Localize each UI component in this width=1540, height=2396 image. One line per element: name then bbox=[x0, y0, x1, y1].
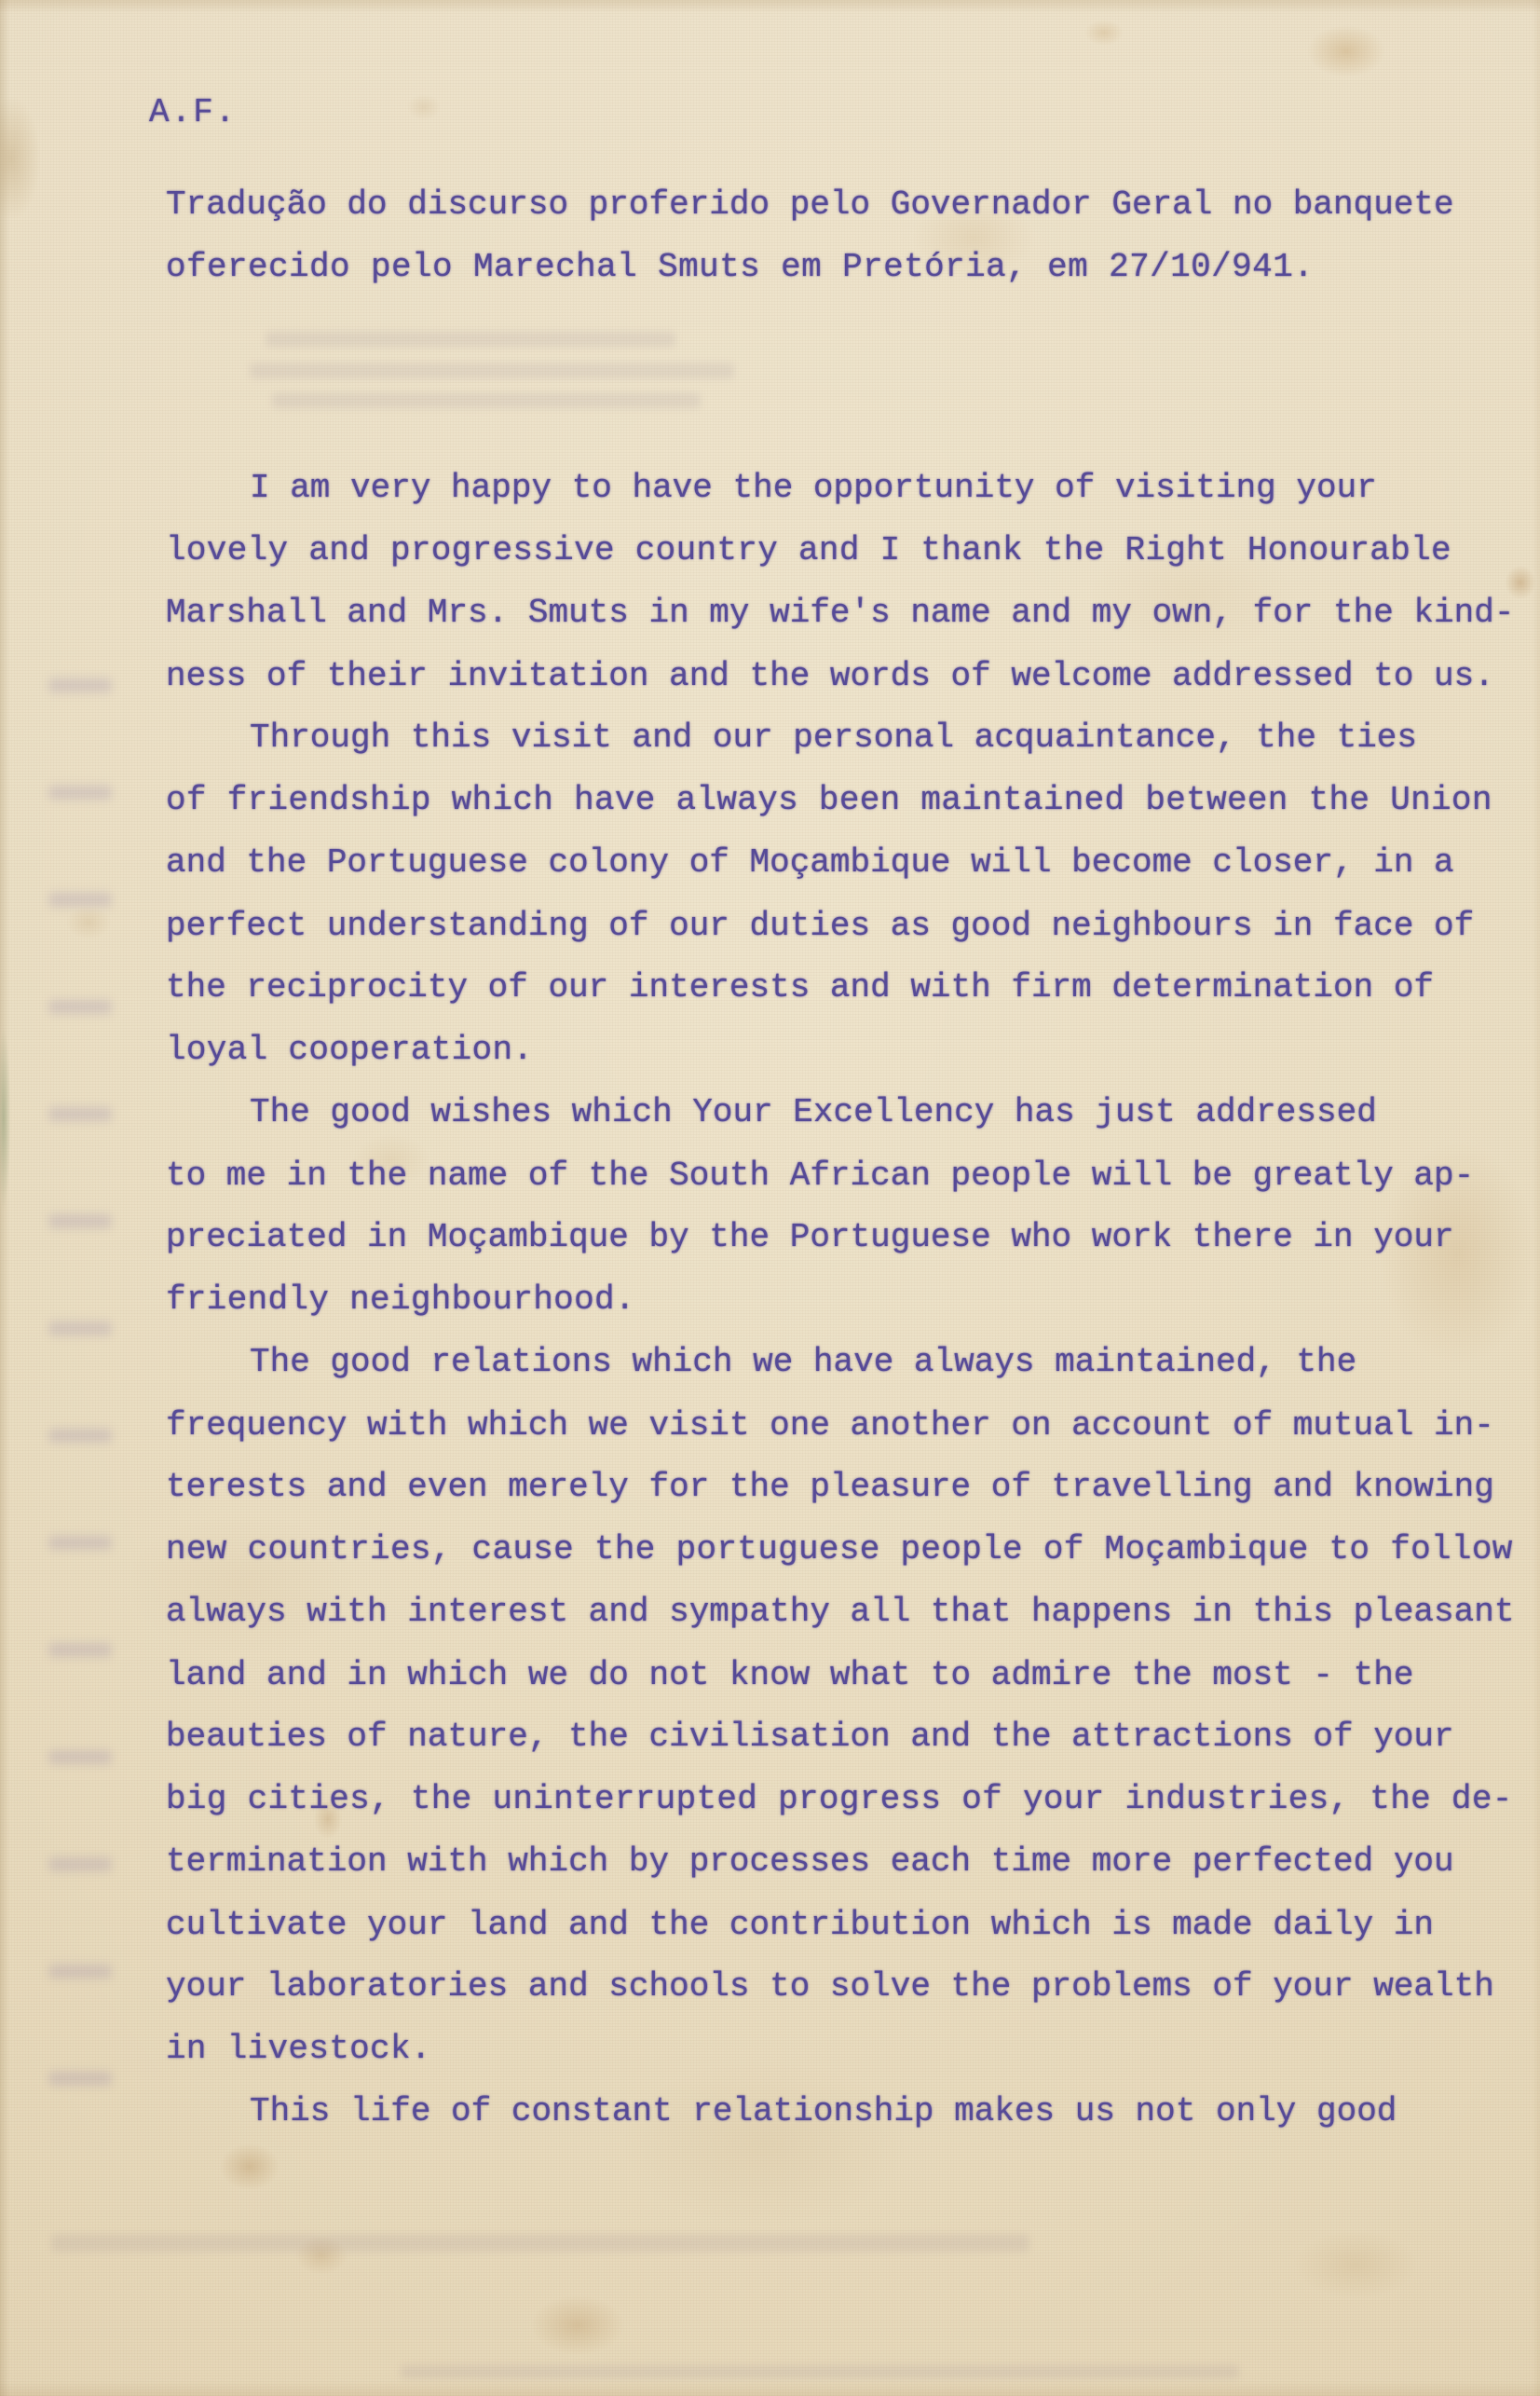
bleed-through-smudge bbox=[48, 1000, 112, 1014]
text-line: in livestock. bbox=[166, 2018, 1540, 2080]
text-line: frequency with which we visit one anothe… bbox=[166, 1394, 1540, 1457]
title-line: Tradução do discurso proferido pelo Gove… bbox=[166, 173, 1489, 236]
text-line: Marshall and Mrs. Smuts in my wife's nam… bbox=[166, 582, 1540, 644]
text-line: to me in the name of the South African p… bbox=[166, 1144, 1540, 1207]
bleed-through-smudge bbox=[48, 1965, 112, 1978]
text-line: lovely and progressive country and I tha… bbox=[166, 519, 1540, 582]
bleed-through-smudge bbox=[48, 1857, 112, 1871]
text-line: perfect understanding of our duties as g… bbox=[166, 895, 1540, 957]
bleed-through-smudge bbox=[48, 1750, 112, 1764]
bleed-through-smudge bbox=[51, 2235, 1029, 2252]
text-line: your laboratories and schools to solve t… bbox=[166, 1955, 1540, 2018]
text-line: ness of their invitation and the words o… bbox=[166, 645, 1540, 707]
text-line: loyal cooperation. bbox=[166, 1019, 1540, 1081]
text-line: termination with which by processes each… bbox=[166, 1830, 1540, 1893]
document-title: Tradução do discurso proferido pelo Gove… bbox=[166, 173, 1489, 298]
text-line: and the Portuguese colony of Moçambique … bbox=[166, 831, 1540, 894]
text-line: of friendship which have always been mai… bbox=[166, 769, 1540, 831]
text-line: The good relations which we have always … bbox=[166, 1331, 1540, 1393]
bleed-through-smudge bbox=[48, 786, 112, 800]
text-line: the reciprocity of our interests and wit… bbox=[166, 956, 1540, 1019]
bleed-through-smudge bbox=[48, 1643, 112, 1657]
text-line: terests and even merely for the pleasure… bbox=[166, 1456, 1540, 1518]
bleed-through-smudge bbox=[48, 1107, 112, 1121]
bleed-through-smudge bbox=[48, 1214, 112, 1228]
text-line: big cities, the uninterrupted progress o… bbox=[166, 1768, 1540, 1830]
bleed-through-smudge bbox=[48, 1536, 112, 1550]
bleed-through-smudge bbox=[48, 1429, 112, 1443]
text-line: This life of constant relationship makes… bbox=[166, 2080, 1540, 2143]
bleed-through-smudge bbox=[250, 363, 734, 378]
text-line: The good wishes which Your Excellency ha… bbox=[166, 1081, 1540, 1143]
bleed-through-smudge bbox=[272, 393, 701, 408]
document-body: I am very happy to have the opportunity … bbox=[166, 457, 1540, 2143]
text-line: I am very happy to have the opportunity … bbox=[166, 457, 1540, 519]
scanned-document-page: A.F. Tradução do discurso proferido pelo… bbox=[0, 0, 1540, 2396]
text-line: friendly neighbourhood. bbox=[166, 1268, 1540, 1331]
text-line: always with interest and sympathy all th… bbox=[166, 1581, 1540, 1643]
bleed-through-smudge bbox=[48, 2072, 112, 2086]
text-line: Through this visit and our personal acqu… bbox=[166, 706, 1540, 769]
bleed-through-smudge bbox=[401, 2365, 1239, 2378]
bleed-through-smudge bbox=[48, 893, 112, 907]
text-line: preciated in Moçambique by the Portugues… bbox=[166, 1206, 1540, 1268]
text-line: cultivate your land and the contribution… bbox=[166, 1894, 1540, 1956]
text-line: new countries, cause the portuguese peop… bbox=[166, 1518, 1540, 1581]
bleed-through-smudge bbox=[266, 332, 675, 347]
text-line: beauties of nature, the civilisation and… bbox=[166, 1705, 1540, 1768]
title-line: oferecido pelo Marechal Smuts em Pretóri… bbox=[166, 236, 1489, 298]
bleed-through-smudge bbox=[48, 678, 112, 692]
text-line: land and in which we do not know what to… bbox=[166, 1644, 1540, 1706]
document-initials: A.F. bbox=[149, 93, 237, 131]
bleed-through-smudge bbox=[48, 1321, 112, 1335]
